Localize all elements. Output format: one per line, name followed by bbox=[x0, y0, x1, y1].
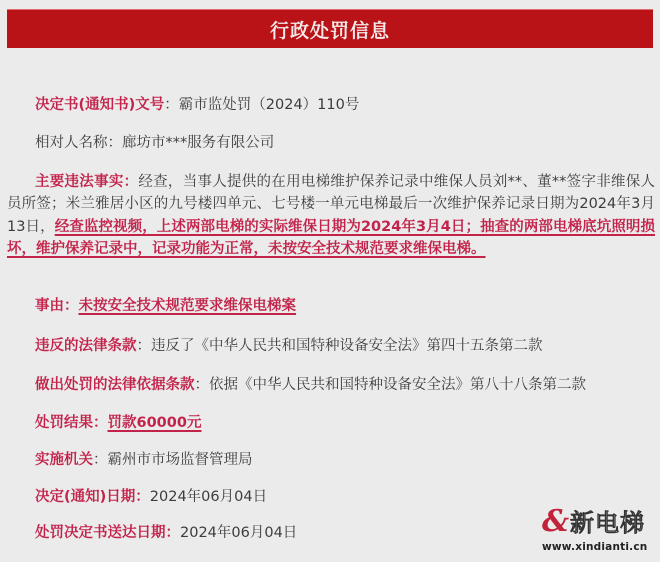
field-label: 做出处罚的法律依据条款 bbox=[35, 377, 195, 393]
field-separator: ： bbox=[164, 97, 179, 113]
field-value: 2024年06月04日 bbox=[150, 489, 267, 505]
field-main-facts: 主要违法事实：经查，当事人提供的在用电梯维护保养记录中维保人员刘**、董**签字… bbox=[7, 171, 655, 260]
field-doc-number: 决定书(通知书)文号：霸市监处罚（2024）110号 bbox=[35, 94, 359, 116]
field-label: 处罚决定书送达日期 bbox=[35, 525, 166, 541]
field-cause: 事由：未按安全技术规范要求维保电梯案 bbox=[35, 295, 296, 317]
field-label: 事由 bbox=[35, 298, 64, 314]
field-label: 违反的法律条款 bbox=[35, 338, 137, 354]
field-separator: ： bbox=[64, 298, 79, 314]
brand-logo-icon: & bbox=[542, 507, 569, 537]
field-party-name: 相对人名称：廊坊市***服务有限公司 bbox=[35, 132, 274, 154]
field-separator: ： bbox=[195, 377, 210, 393]
field-label: 相对人名称 bbox=[35, 135, 108, 151]
facts-highlight-text: 经查监控视频，上述两部电梯的实际维保日期为2024年3月4日；抽查的两部电梯底坑… bbox=[7, 219, 655, 257]
field-separator: ： bbox=[166, 525, 181, 541]
field-penalty-result: 处罚结果：罚款60000元 bbox=[35, 412, 201, 434]
watermark: & 新电梯 www.xindianti.cn bbox=[540, 505, 658, 557]
section-title: 行政处罚信息 bbox=[270, 16, 390, 43]
field-value: 2024年06月04日 bbox=[180, 525, 297, 541]
field-value: 罚款60000元 bbox=[108, 415, 202, 431]
field-separator: ： bbox=[93, 452, 108, 468]
field-authority: 实施机关：霸州市市场监督管理局 bbox=[35, 449, 253, 471]
field-value: 依据《中华人民共和国特种设备安全法》第八十八条第二款 bbox=[209, 377, 586, 393]
field-label: 决定(通知)日期 bbox=[35, 489, 135, 505]
field-value: 廊坊市***服务有限公司 bbox=[122, 135, 274, 151]
field-separator: ： bbox=[93, 415, 108, 431]
field-label: 处罚结果 bbox=[35, 415, 93, 431]
section-header: 行政处罚信息 bbox=[7, 9, 653, 48]
field-label: 实施机关 bbox=[35, 452, 93, 468]
field-decision-date: 决定(通知)日期：2024年06月04日 bbox=[35, 486, 267, 508]
field-value: 违反了《中华人民共和国特种设备安全法》第四十五条第二款 bbox=[151, 338, 543, 354]
field-value: 霸州市市场监督管理局 bbox=[108, 452, 253, 468]
field-penalty-basis: 做出处罚的法律依据条款：依据《中华人民共和国特种设备安全法》第八十八条第二款 bbox=[35, 374, 586, 396]
field-label: 主要违法事实 bbox=[35, 174, 124, 190]
watermark-url: www.xindianti.cn bbox=[542, 541, 647, 553]
field-label: 决定书(通知书)文号 bbox=[35, 97, 164, 113]
field-value: 霸市监处罚（2024）110号 bbox=[179, 97, 360, 113]
watermark-brand-name: 新电梯 bbox=[570, 509, 645, 537]
field-separator: ： bbox=[108, 135, 123, 151]
field-separator: ： bbox=[135, 489, 150, 505]
field-separator: ： bbox=[124, 174, 139, 190]
field-delivery-date: 处罚决定书送达日期：2024年06月04日 bbox=[35, 522, 297, 544]
field-value: 未按安全技术规范要求维保电梯案 bbox=[79, 298, 297, 314]
field-violated-law: 违反的法律条款：违反了《中华人民共和国特种设备安全法》第四十五条第二款 bbox=[35, 335, 543, 357]
field-separator: ： bbox=[137, 338, 152, 354]
